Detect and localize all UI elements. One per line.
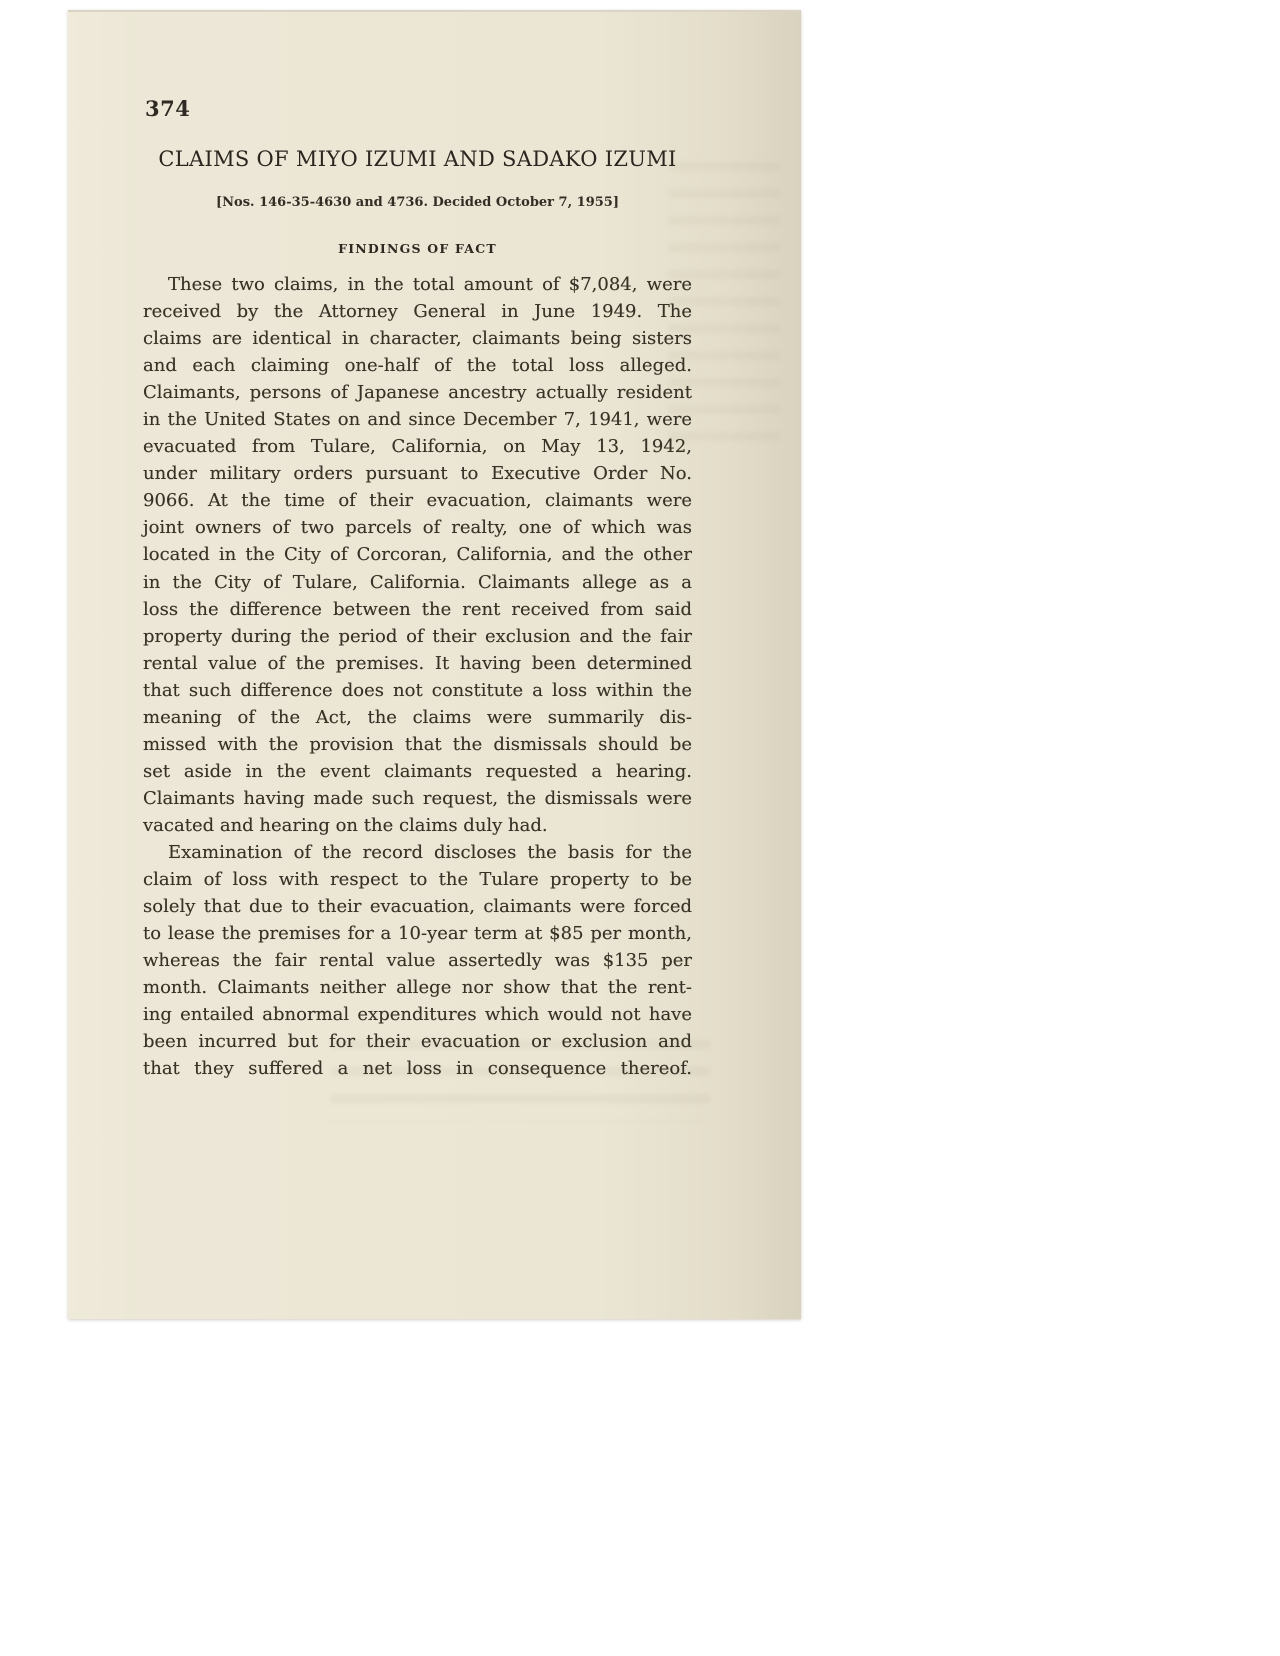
text-line: joint owners of two parcels of realty, o… <box>143 514 692 541</box>
text-line: solely that due to their evacuation, cla… <box>143 893 692 920</box>
text-line: in the City of Tulare, California. Claim… <box>143 569 692 596</box>
text-line: vacated and hearing on the claims duly h… <box>143 812 692 839</box>
text-line: Examination of the record discloses the … <box>143 839 692 866</box>
findings-paragraph-2: Examination of the record discloses the … <box>143 839 692 1082</box>
text-line: claim of loss with respect to the Tulare… <box>143 866 692 893</box>
text-line: meaning of the Act, the claims were summ… <box>143 704 692 731</box>
text-line: and each claiming one-half of the total … <box>143 352 692 379</box>
text-line: 9066. At the time of their evacuation, c… <box>143 487 692 514</box>
text-line: to lease the premises for a 10-year term… <box>143 920 692 947</box>
text-line: whereas the fair rental value assertedly… <box>143 947 692 974</box>
body-text: These two claims, in the total amount of… <box>143 271 692 1082</box>
text-line: ing entailed abnormal expenditures which… <box>143 1001 692 1028</box>
text-line: Claimants having made such request, the … <box>143 785 692 812</box>
text-line: These two claims, in the total amount of… <box>143 271 692 298</box>
text-line: month. Claimants neither allege nor show… <box>143 974 692 1001</box>
text-line: evacuated from Tulare, California, on Ma… <box>143 433 692 460</box>
text-line: missed with the provision that the dismi… <box>143 731 692 758</box>
text-line: claims are identical in character, claim… <box>143 325 692 352</box>
text-line: Claimants, persons of Japanese ancestry … <box>143 379 692 406</box>
text-line: received by the Attorney General in June… <box>143 298 692 325</box>
text-line: rental value of the premises. It having … <box>143 650 692 677</box>
text-line: under military orders pursuant to Execut… <box>143 460 692 487</box>
section-heading: FINDINGS OF FACT <box>143 241 692 256</box>
case-title: CLAIMS OF MIYO IZUMI AND SADAKO IZUMI <box>143 147 692 171</box>
page-number: 374 <box>145 96 190 121</box>
text-line: that they suffered a net loss in consequ… <box>143 1055 692 1082</box>
book-page: 374 CLAIMS OF MIYO IZUMI AND SADAKO IZUM… <box>68 10 801 1319</box>
text-line: set aside in the event claimants request… <box>143 758 692 785</box>
text-line: been incurred but for their evacuation o… <box>143 1028 692 1055</box>
text-line: located in the City of Corcoran, Califor… <box>143 541 692 568</box>
findings-paragraph-1: These two claims, in the total amount of… <box>143 271 692 839</box>
text-line: loss the difference between the rent rec… <box>143 596 692 623</box>
text-line: property during the period of their excl… <box>143 623 692 650</box>
text-line: in the United States on and since Decemb… <box>143 406 692 433</box>
docket-line: [Nos. 146-35-4630 and 4736. Decided Octo… <box>143 195 692 210</box>
text-line: that such difference does not constitute… <box>143 677 692 704</box>
